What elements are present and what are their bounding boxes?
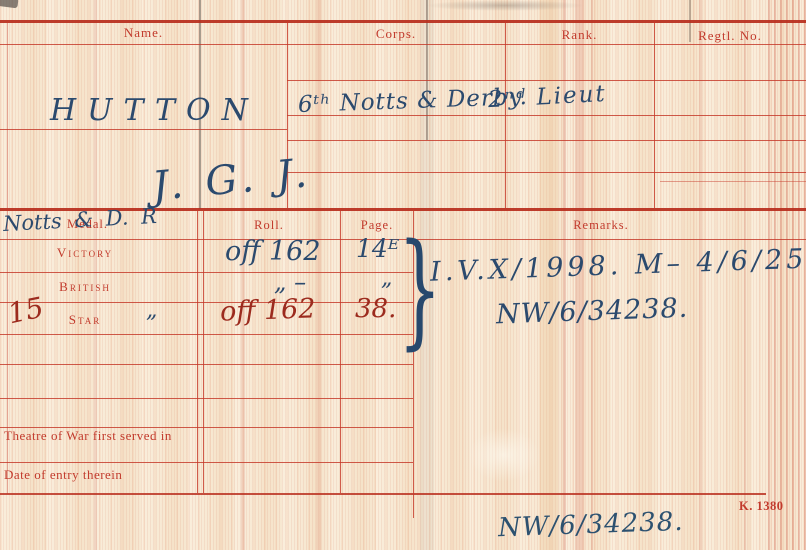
rule-line bbox=[0, 493, 766, 495]
rule-line bbox=[203, 208, 204, 493]
rule-line bbox=[7, 20, 8, 494]
rule-line bbox=[0, 20, 806, 23]
form-code: K. 1380 bbox=[739, 499, 783, 514]
corps-column-label: Corps. bbox=[287, 26, 505, 42]
rule-line bbox=[287, 172, 806, 173]
paper-stripe bbox=[316, 0, 321, 550]
regtl-no-column-label: Regtl. No. bbox=[654, 28, 806, 44]
roll-column-label: Roll. bbox=[204, 218, 334, 233]
scan-smudge bbox=[425, 0, 585, 11]
victory-page-value: 14ᴱ bbox=[356, 236, 399, 261]
rule-line bbox=[0, 364, 413, 365]
rule-line bbox=[0, 129, 287, 130]
remarks-brace: } bbox=[398, 232, 442, 347]
rule-line bbox=[0, 462, 413, 463]
rule-line bbox=[340, 208, 341, 493]
surname-value: HUTTON bbox=[50, 96, 259, 126]
star-ditto: „ bbox=[146, 300, 157, 322]
rule-line bbox=[287, 140, 806, 141]
rule-line bbox=[505, 20, 506, 208]
rank-column-label: Rank. bbox=[505, 27, 654, 43]
paper-stripe bbox=[241, 0, 245, 550]
rule-line bbox=[0, 302, 413, 303]
british-page-ditto: „ bbox=[381, 268, 392, 290]
remarks-line-1: I.V.X/1998. M– 4/6/25. bbox=[430, 245, 806, 286]
victory-roll-value: off 162 bbox=[225, 238, 321, 265]
paper-blotch bbox=[468, 428, 540, 482]
medal-index-card: Name. Corps. Rank. Regtl. No. Medal. Rol… bbox=[0, 0, 806, 550]
medal-victory-label: Victory bbox=[10, 245, 160, 261]
rule-line bbox=[0, 334, 413, 335]
rank-value: 2ⁿᵈ Lieut bbox=[487, 83, 607, 112]
initials-value: J. G. J. bbox=[151, 153, 314, 207]
remarks-line-2: NW/6/34238. bbox=[496, 295, 689, 329]
rule-line bbox=[0, 398, 413, 399]
rule-line bbox=[197, 208, 198, 493]
star-page-value: 38. bbox=[355, 296, 396, 322]
rule-line bbox=[0, 44, 806, 45]
scan-mark-corner bbox=[0, 0, 19, 8]
reference-number: NW/6/34238. bbox=[498, 509, 684, 541]
remarks-column-label: Remarks. bbox=[413, 218, 789, 233]
date-of-entry-label: Date of entry therein bbox=[4, 467, 122, 483]
star-prefix: 15 bbox=[5, 294, 46, 329]
rule-line bbox=[660, 181, 806, 182]
star-roll-value: off 162 bbox=[220, 295, 316, 325]
name-column-label: Name. bbox=[0, 25, 287, 41]
rule-line bbox=[654, 20, 655, 208]
rule-line bbox=[0, 272, 413, 273]
theatre-of-war-label: Theatre of War first served in bbox=[4, 428, 172, 444]
rule-line bbox=[287, 80, 806, 81]
british-roll-ditto: „ – bbox=[274, 270, 306, 294]
